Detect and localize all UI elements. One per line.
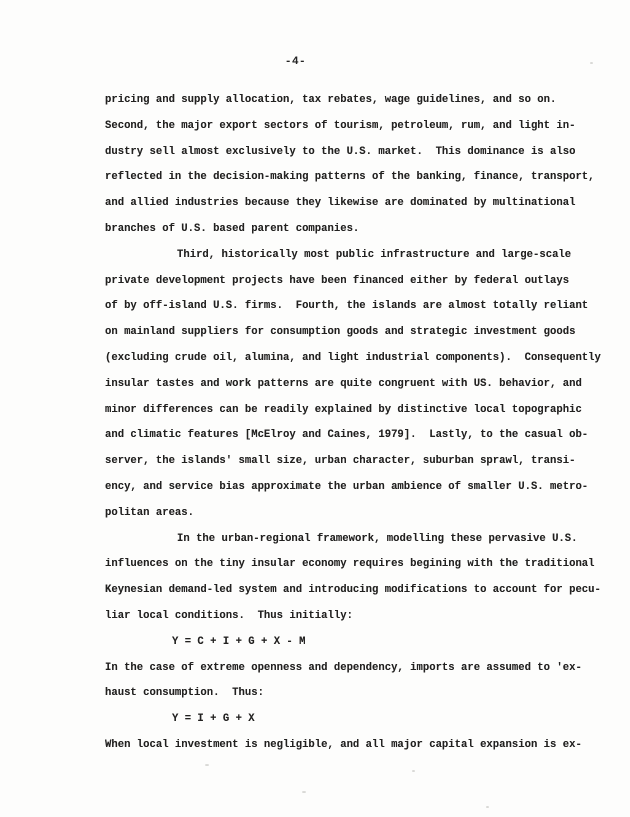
document-page: -4- pricing and supply allocation, tax r… [0, 0, 630, 817]
text-line: minor differences can be readily explain… [105, 398, 585, 424]
text-line: haust consumption. Thus: [105, 681, 585, 707]
text-line: on mainland suppliers for consumption go… [105, 320, 585, 346]
text-line: and allied industries because they likew… [105, 191, 585, 217]
text-line: branches of U.S. based parent companies. [105, 217, 585, 243]
text-line: influences on the tiny insular economy r… [105, 552, 585, 578]
text-line: politan areas. [105, 501, 585, 527]
text-line: (excluding crude oil, alumina, and light… [105, 346, 585, 372]
text-line: pricing and supply allocation, tax rebat… [105, 88, 585, 114]
text-line: reflected in the decision-making pattern… [105, 165, 585, 191]
text-line: In the urban-regional framework, modelli… [105, 527, 585, 553]
equation-line: Y = C + I + G + X - M [105, 630, 585, 656]
scan-speck [302, 791, 306, 793]
text-line: When local investment is negligible, and… [105, 733, 585, 759]
text-line: dustry sell almost exclusively to the U.… [105, 140, 585, 166]
scan-speck [590, 62, 593, 64]
scan-speck [205, 764, 209, 766]
text-line: and climatic features [McElroy and Caine… [105, 423, 585, 449]
text-line: Keynesian demand-led system and introduc… [105, 578, 585, 604]
text-line: Third, historically most public infrastr… [105, 243, 585, 269]
text-line: liar local conditions. Thus initially: [105, 604, 585, 630]
page-number: -4- [253, 56, 338, 68]
text-line: Second, the major export sectors of tour… [105, 114, 585, 140]
text-line: In the case of extreme openness and depe… [105, 656, 585, 682]
text-line: ency, and service bias approximate the u… [105, 475, 585, 501]
text-line: of by off-island U.S. firms. Fourth, the… [105, 294, 585, 320]
text-line: server, the islands' small size, urban c… [105, 449, 585, 475]
scan-speck [412, 770, 415, 772]
equation-line: Y = I + G + X [105, 707, 585, 733]
text-body: pricing and supply allocation, tax rebat… [105, 88, 585, 759]
scan-speck [486, 806, 489, 808]
text-line: insular tastes and work patterns are qui… [105, 372, 585, 398]
text-line: private development projects have been f… [105, 269, 585, 295]
